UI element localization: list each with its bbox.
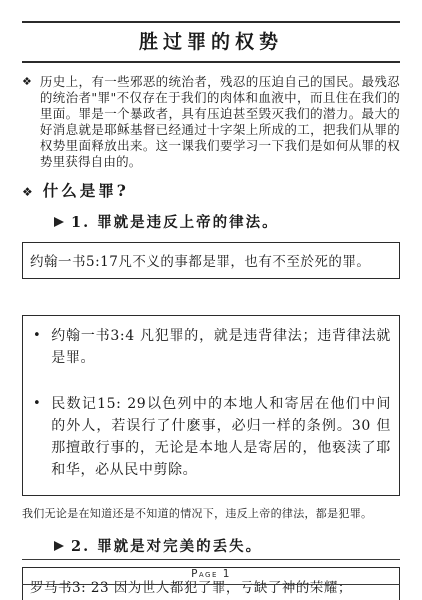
intro-paragraph: ❖ 历史上，有一些邪恶的统治者，残忍的压迫自己的国民。最残忍的统治者"罪"不仅存… (22, 74, 400, 170)
scripture-box-1-text: 约翰一书5:17凡不义的事都是罪，也有不至於死的罪。 (30, 254, 370, 270)
list-item: • 约翰一书3:4 凡犯罪的，就是违背律法；违背律法就是罪。 (33, 325, 391, 369)
scripture-box-1: 约翰一书5:17凡不义的事都是罪，也有不至於死的罪。 (22, 242, 400, 279)
title-block: 胜过罪的权势 (22, 21, 400, 63)
section-heading: 什么是罪? (43, 179, 129, 201)
point-2-row: 2. 罪就是对完美的丢失。 (54, 535, 400, 556)
diamond-bullet-icon: ❖ (22, 74, 32, 170)
page-number-label: Page 1 (191, 568, 231, 580)
diamond-bullet-icon: ❖ (22, 183, 33, 201)
list-item: • 民数记15: 29以色列中的本地人和寄居在他们中间的外人，若误行了什麽事，必… (33, 393, 391, 481)
scripture-box-2-item-1: 约翰一书3:4 凡犯罪的，就是违背律法；违背律法就是罪。 (51, 325, 391, 369)
scripture-box-2-item-2: 民数记15: 29以色列中的本地人和寄居在他们中间的外人，若误行了什麽事，必归一… (51, 393, 391, 481)
note-text: 我们无论是在知道还是不知道的情况下，违反上帝的律法，都是犯罪。 (22, 505, 400, 521)
dot-bullet-icon: • (33, 325, 41, 369)
dot-bullet-icon: • (33, 393, 41, 481)
page-footer: Page 1 (22, 559, 400, 585)
arrowhead-icon (54, 541, 64, 551)
point-1-text: 1. 罪就是违反上帝的律法。 (71, 211, 279, 232)
section-heading-row: ❖ 什么是罪? (22, 179, 400, 201)
intro-text: 历史上，有一些邪恶的统治者，残忍的压迫自己的国民。最残忍的统治者"罪"不仅存在于… (40, 74, 400, 170)
page-title: 胜过罪的权势 (22, 27, 400, 54)
document-page: 胜过罪的权势 ❖ 历史上，有一些邪恶的统治者，残忍的压迫自己的国民。最残忍的统治… (0, 21, 422, 600)
arrowhead-icon (54, 217, 64, 227)
point-1-row: 1. 罪就是违反上帝的律法。 (54, 211, 400, 232)
point-2-text: 2. 罪就是对完美的丢失。 (71, 535, 262, 556)
scripture-box-2: • 约翰一书3:4 凡犯罪的，就是违背律法；违背律法就是罪。 • 民数记15: … (22, 315, 400, 496)
